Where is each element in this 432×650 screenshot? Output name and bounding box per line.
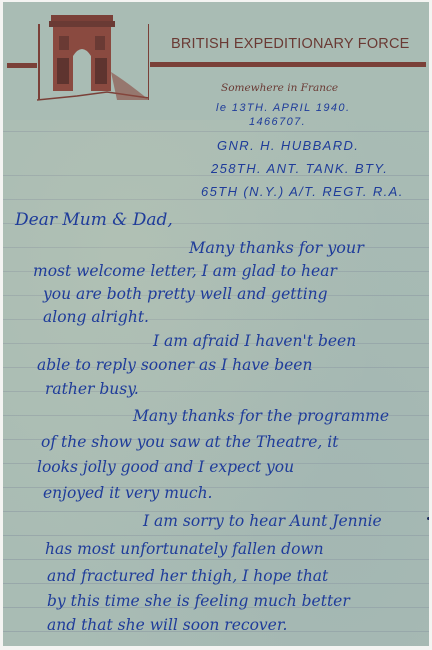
letter-line: of the show you saw at the Theatre, it — [41, 433, 338, 451]
unit-line-2: 65TH (N.Y.) A/T. REGT. R.A. — [201, 184, 404, 199]
letter-line: you are both pretty well and getting — [43, 285, 328, 303]
letterhead-place: Somewhere in France — [221, 82, 338, 94]
letter-line: Many thanks for the programme — [133, 407, 389, 425]
sender-name: GNR. H. HUBBARD. — [217, 138, 359, 153]
letter-line: has most unfortunately fallen down — [45, 540, 324, 558]
letter-line: looks jolly good and I expect you — [37, 458, 294, 476]
salutation: Dear Mum & Dad, — [15, 210, 173, 230]
letter-line: I am afraid I haven't been — [153, 332, 356, 350]
letterhead-rule-left — [7, 63, 37, 68]
letter-line: most welcome letter, I am glad to hear — [33, 262, 337, 280]
arc-de-triomphe-icon — [37, 12, 149, 104]
letter-line: I am sorry to hear Aunt Jennie — [143, 512, 382, 530]
letter-line: and that she will soon recover. — [47, 616, 287, 634]
letter-date: le 13TH. APRIL 1940. — [216, 102, 350, 114]
service-number: 1466707. — [249, 116, 306, 128]
letter-line: by this time she is feeling much better — [47, 592, 350, 610]
letter-line: and fractured her thigh, I hope that — [47, 567, 328, 585]
letterhead-title: BRITISH EXPEDITIONARY FORCE — [171, 36, 410, 52]
letterhead-rule — [150, 62, 426, 67]
letter-line: rather busy. — [45, 380, 139, 398]
letter-line: along alright. — [43, 308, 149, 326]
letter-line: able to reply sooner as I have been — [37, 356, 312, 374]
unit-line-1: 258TH. ANT. TANK. BTY. — [211, 161, 388, 176]
letter-page: BRITISH EXPEDITIONARY FORCE Somewhere in… — [3, 2, 429, 646]
ink-dot — [427, 517, 429, 520]
letter-line: enjoyed it very much. — [43, 484, 212, 502]
letter-line: Many thanks for your — [189, 238, 364, 257]
